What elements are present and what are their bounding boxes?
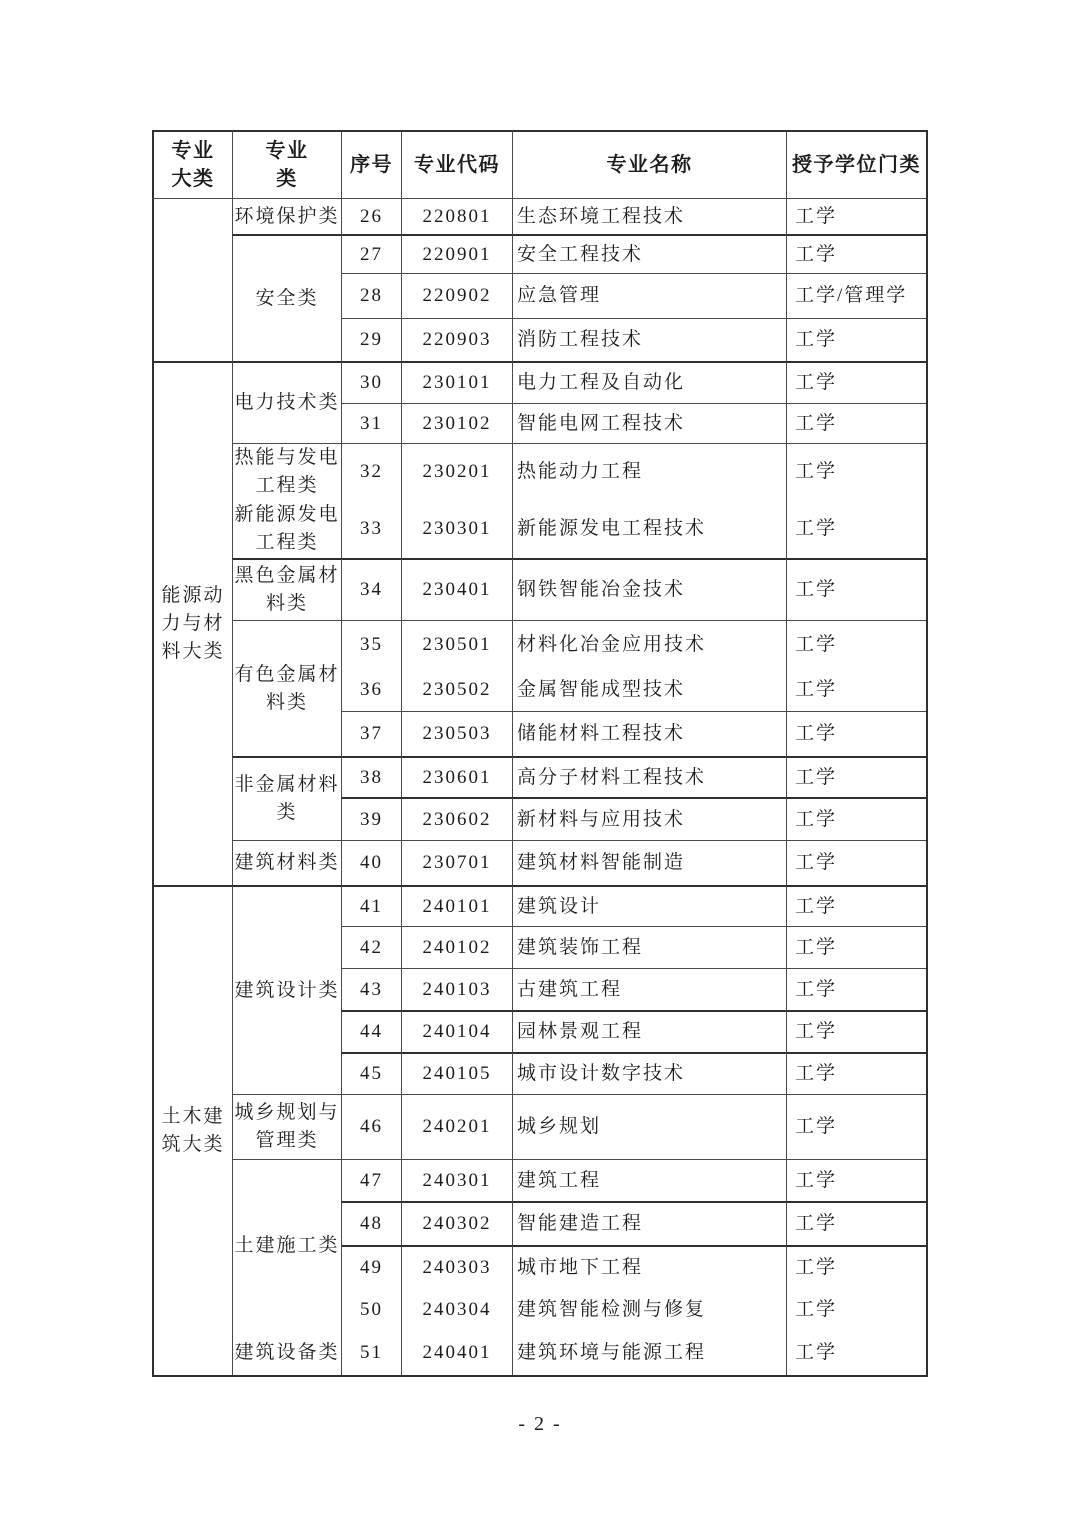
degree-cell: 工学 [786,198,926,234]
seq-cell: 51 [341,1331,401,1375]
table-header-row: 专业 大类 专业 类 序号 专业代码 专业名称 授予学位门类 [152,130,926,198]
header-major-group: 专业 大类 [152,130,232,198]
table-row: 土木建 筑大类 建筑设计类 41 240101 建筑设计 工学 [152,885,926,926]
seq-cell: 35 [341,620,401,668]
table-row: 能源动 力与材 料大类 电力技术类 30 230101 电力工程及自动化 工学 [152,361,926,403]
code-cell: 220801 [401,198,512,234]
major-name-cell: 消防工程技术 [512,318,786,361]
degree-cell: 工学 [786,756,926,797]
code-cell: 240302 [401,1201,512,1245]
code-cell: 230503 [401,711,512,756]
code-cell: 240102 [401,926,512,968]
major-name-cell: 材料化冶金应用技术 [512,620,786,668]
major-name-cell: 热能动力工程 [512,443,786,500]
degree-cell: 工学/管理学 [786,273,926,318]
major-name-cell: 新能源发电工程技术 [512,500,786,558]
table-row: 建筑设备类 51 240401 建筑环境与能源工程 工学 [152,1331,926,1375]
major-name-cell: 园林景观工程 [512,1010,786,1052]
table-row: 安全类 27 220901 安全工程技术 工学 [152,234,926,273]
seq-cell: 50 [341,1288,401,1331]
category-cell: 建筑材料类 [232,840,341,885]
major-name-cell: 储能材料工程技术 [512,711,786,756]
category-cell: 环境保护类 [232,198,341,234]
major-name-cell: 城市地下工程 [512,1245,786,1288]
degree-cell: 工学 [786,968,926,1010]
major-name-cell: 安全工程技术 [512,234,786,273]
degree-cell: 工学 [786,500,926,558]
degree-cell: 工学 [786,668,926,711]
category-cell: 安全类 [232,234,341,361]
table-row: 黑色金属材 料类 34 230401 钢铁智能冶金技术 工学 [152,558,926,620]
major-group-cell: 能源动 力与材 料大类 [152,361,232,885]
seq-cell: 36 [341,668,401,711]
major-name-cell: 建筑智能检测与修复 [512,1288,786,1331]
seq-cell: 41 [341,885,401,926]
major-group-cell [152,198,232,361]
degree-cell: 工学 [786,234,926,273]
code-cell: 230502 [401,668,512,711]
code-cell: 220902 [401,273,512,318]
table-row: 热能与发电 工程类 32 230201 热能动力工程 工学 [152,443,926,500]
seq-cell: 31 [341,403,401,443]
degree-cell: 工学 [786,1159,926,1201]
seq-cell: 27 [341,234,401,273]
degree-cell: 工学 [786,443,926,500]
seq-cell: 44 [341,1010,401,1052]
code-cell: 230602 [401,797,512,840]
category-cell: 黑色金属材 料类 [232,558,341,620]
major-name-cell: 金属智能成型技术 [512,668,786,711]
seq-cell: 45 [341,1052,401,1094]
category-cell: 建筑设计类 [232,885,341,1094]
table-row: 环境保护类 26 220801 生态环境工程技术 工学 [152,198,926,234]
major-name-cell: 建筑设计 [512,885,786,926]
degree-cell: 工学 [786,797,926,840]
header-code: 专业代码 [401,130,512,198]
category-cell: 城乡规划与 管理类 [232,1094,341,1159]
degree-cell: 工学 [786,1010,926,1052]
code-cell: 230601 [401,756,512,797]
table-row: 建筑材料类 40 230701 建筑材料智能制造 工学 [152,840,926,885]
degree-cell: 工学 [786,840,926,885]
degree-cell: 工学 [786,1245,926,1288]
major-name-cell: 建筑工程 [512,1159,786,1201]
major-name-cell: 钢铁智能冶金技术 [512,558,786,620]
code-cell: 240304 [401,1288,512,1331]
major-name-cell: 智能电网工程技术 [512,403,786,443]
category-cell: 非金属材料 类 [232,756,341,840]
degree-cell: 工学 [786,620,926,668]
major-name-cell: 城乡规划 [512,1094,786,1159]
major-name-cell: 建筑环境与能源工程 [512,1331,786,1375]
code-cell: 230201 [401,443,512,500]
seq-cell: 37 [341,711,401,756]
degree-cell: 工学 [786,1201,926,1245]
code-cell: 240201 [401,1094,512,1159]
major-name-cell: 建筑材料智能制造 [512,840,786,885]
category-cell: 建筑设备类 [232,1331,341,1375]
code-cell: 230501 [401,620,512,668]
code-cell: 230701 [401,840,512,885]
seq-cell: 48 [341,1201,401,1245]
seq-cell: 32 [341,443,401,500]
seq-cell: 38 [341,756,401,797]
code-cell: 240103 [401,968,512,1010]
seq-cell: 43 [341,968,401,1010]
header-category: 专业 类 [232,130,341,198]
seq-cell: 26 [341,198,401,234]
code-cell: 240303 [401,1245,512,1288]
major-name-cell: 应急管理 [512,273,786,318]
degree-cell: 工学 [786,1331,926,1375]
code-cell: 230102 [401,403,512,443]
degree-cell: 工学 [786,1288,926,1331]
table-row: 土建施工类 47 240301 建筑工程 工学 [152,1159,926,1201]
code-cell: 220903 [401,318,512,361]
major-name-cell: 建筑装饰工程 [512,926,786,968]
code-cell: 240401 [401,1331,512,1375]
degree-cell: 工学 [786,926,926,968]
code-cell: 240105 [401,1052,512,1094]
header-seq: 序号 [341,130,401,198]
seq-cell: 28 [341,273,401,318]
seq-cell: 33 [341,500,401,558]
major-name-cell: 古建筑工程 [512,968,786,1010]
major-group-cell: 土木建 筑大类 [152,885,232,1375]
major-name-cell: 生态环境工程技术 [512,198,786,234]
degree-cell: 工学 [786,361,926,403]
seq-cell: 46 [341,1094,401,1159]
seq-cell: 49 [341,1245,401,1288]
major-name-cell: 电力工程及自动化 [512,361,786,403]
category-cell: 新能源发电 工程类 [232,500,341,558]
seq-cell: 30 [341,361,401,403]
code-cell: 240101 [401,885,512,926]
major-name-cell: 新材料与应用技术 [512,797,786,840]
page-number: - 2 - [0,1413,1080,1436]
header-degree: 授予学位门类 [786,130,926,198]
major-name-cell: 城市设计数字技术 [512,1052,786,1094]
seq-cell: 29 [341,318,401,361]
category-cell: 热能与发电 工程类 [232,443,341,500]
major-name-cell: 智能建造工程 [512,1201,786,1245]
category-cell: 有色金属材 料类 [232,620,341,756]
code-cell: 240301 [401,1159,512,1201]
table-row: 城乡规划与 管理类 46 240201 城乡规划 工学 [152,1094,926,1159]
code-cell: 230301 [401,500,512,558]
degree-cell: 工学 [786,558,926,620]
code-cell: 220901 [401,234,512,273]
table-row: 有色金属材 料类 35 230501 材料化冶金应用技术 工学 [152,620,926,668]
seq-cell: 34 [341,558,401,620]
seq-cell: 42 [341,926,401,968]
degree-cell: 工学 [786,1094,926,1159]
code-cell: 230401 [401,558,512,620]
seq-cell: 47 [341,1159,401,1201]
seq-cell: 40 [341,840,401,885]
degree-cell: 工学 [786,885,926,926]
degree-cell: 工学 [786,318,926,361]
degree-cell: 工学 [786,1052,926,1094]
degree-cell: 工学 [786,403,926,443]
code-cell: 230101 [401,361,512,403]
major-name-cell: 高分子材料工程技术 [512,756,786,797]
category-cell: 电力技术类 [232,361,341,443]
major-catalog-table: 专业 大类 专业 类 序号 专业代码 专业名称 授予学位门类 环境保护类 26 … [152,130,928,1377]
table-row: 新能源发电 工程类 33 230301 新能源发电工程技术 工学 [152,500,926,558]
seq-cell: 39 [341,797,401,840]
code-cell: 240104 [401,1010,512,1052]
header-major-name: 专业名称 [512,130,786,198]
table-row: 非金属材料 类 38 230601 高分子材料工程技术 工学 [152,756,926,797]
degree-cell: 工学 [786,711,926,756]
category-cell: 土建施工类 [232,1159,341,1331]
